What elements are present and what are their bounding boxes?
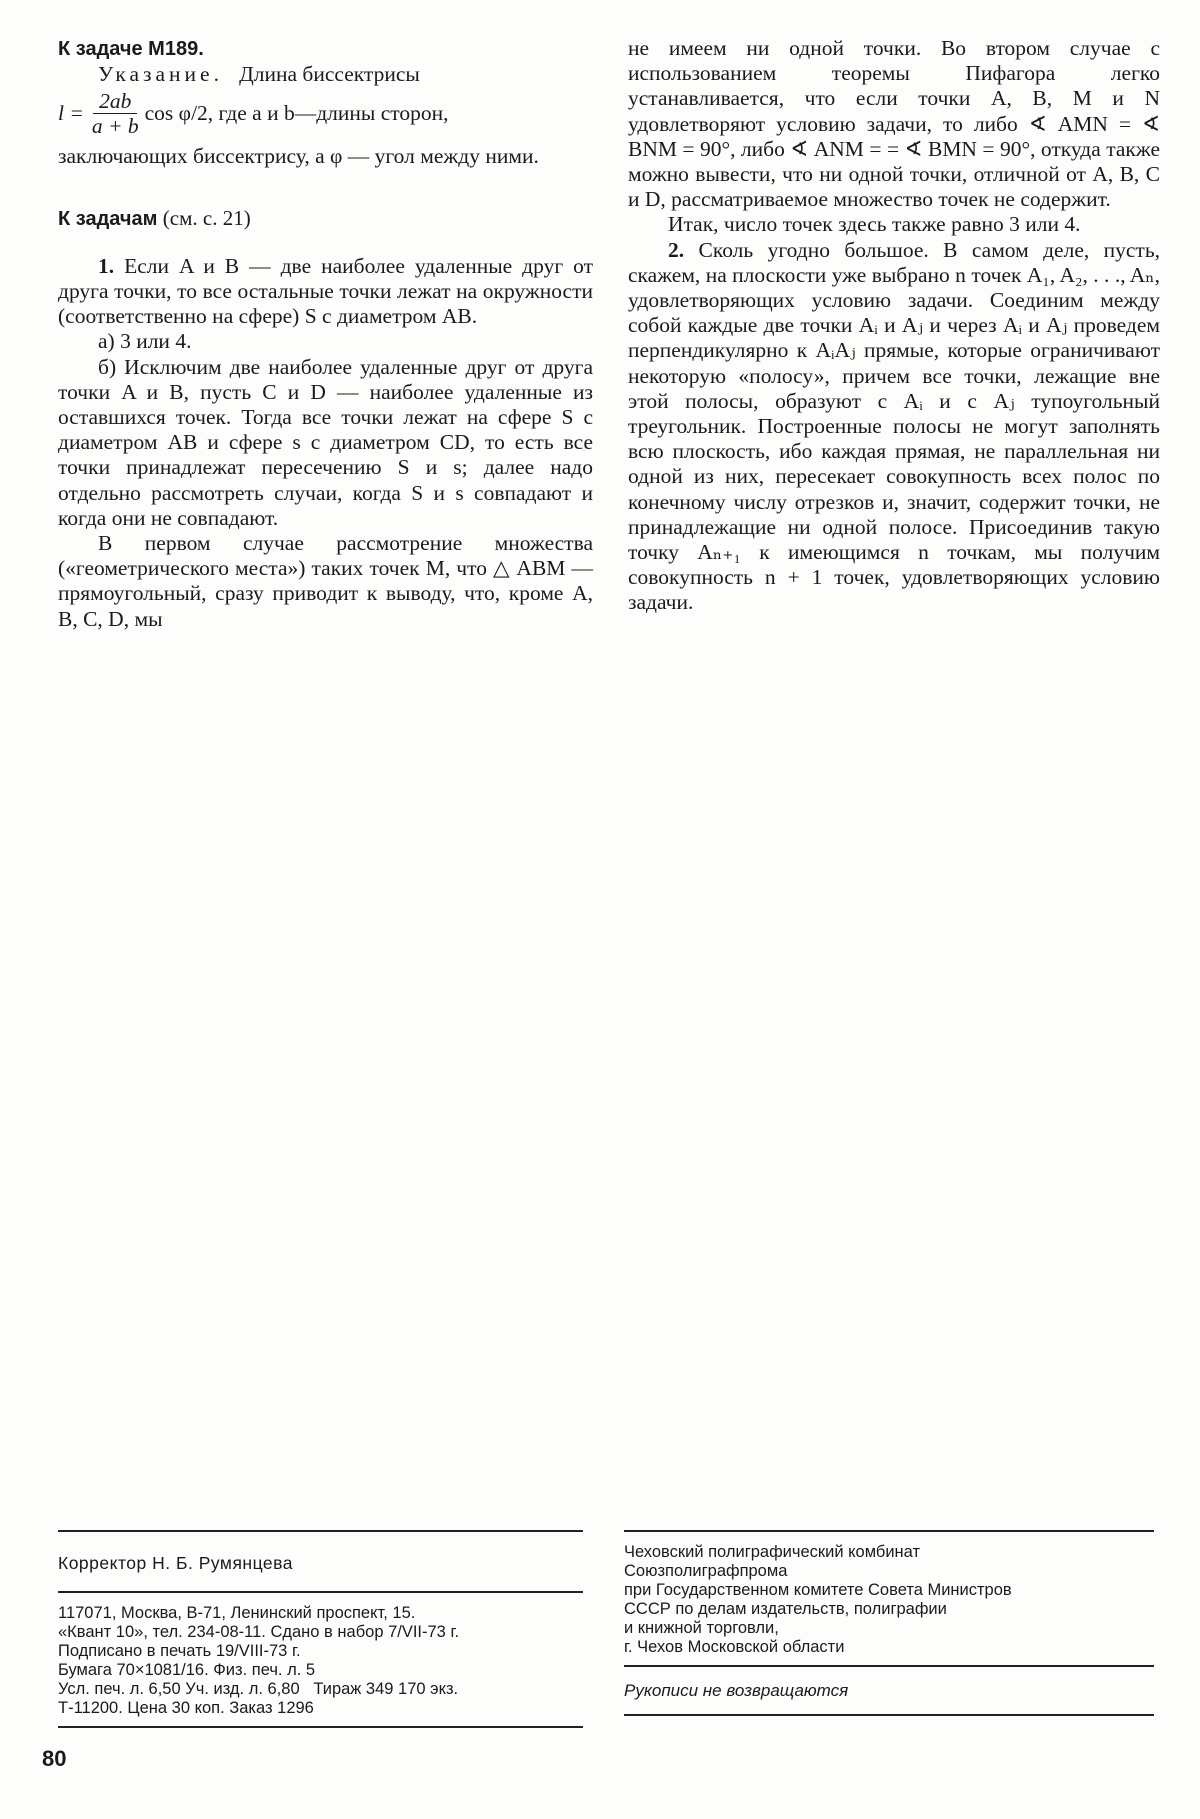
bisector-formula: l = 2ab a + b cos φ/2, где a и b—длины с… <box>58 89 593 138</box>
answer-1-first-case: В первом случае рассмотрение множества (… <box>58 531 593 632</box>
answer-1-text: Если A и B — две наиболее удаленные друг… <box>58 254 593 328</box>
imprint-line: Бумага 70×1081/16. Физ. печ. л. 5 <box>58 1661 583 1680</box>
formula-fraction: 2ab a + b <box>92 89 139 138</box>
answer-1: 1. Если A и B — две наиболее удаленные д… <box>58 254 593 330</box>
left-column: К задаче М189. Указание. Длина биссектри… <box>58 36 593 632</box>
imprint-line: Усл. печ. л. 6,50 Уч. изд. л. 6,80 Тираж… <box>58 1680 583 1699</box>
right-column: не имеем ни одной точки. Во втором случа… <box>628 36 1160 616</box>
formula-numerator: 2ab <box>93 89 137 114</box>
heading-tasks: К задачам (см. с. 21) <box>58 206 593 232</box>
printer-block: Чеховский полиграфический комбинат Союзп… <box>624 1532 1154 1665</box>
divider <box>624 1714 1154 1716</box>
printer-line: г. Чехов Московской области <box>624 1638 1154 1657</box>
printer-line: СССР по делам издательств, полиграфии <box>624 1600 1154 1619</box>
formula-lhs: l = <box>58 101 84 126</box>
page-number: 80 <box>42 1746 66 1772</box>
formula-rest: cos φ/2, где a и b—длины сторон, <box>145 101 449 126</box>
summary-paragraph: Итак, число точек здесь также равно 3 ил… <box>628 212 1160 237</box>
footer-left: Корректор Н. Б. Румянцева 117071, Москва… <box>58 1530 583 1728</box>
footer-right: Чеховский полиграфический комбинат Союзп… <box>624 1530 1154 1716</box>
answer-2-text: Сколь угодно большое. В самом деле, пуст… <box>628 238 1160 615</box>
printer-line: Чеховский полиграфический комбинат <box>624 1543 1154 1562</box>
manuscripts-note: Рукописи не возвращаются <box>624 1667 1154 1714</box>
answer-1b: б) Исключим две наиболее удаленные друг … <box>58 355 593 531</box>
hint-continuation: заключающих биссектрису, а φ — угол межд… <box>58 144 593 169</box>
hint-text: Длина биссектрисы <box>239 62 420 86</box>
imprint-line: 117071, Москва, В-71, Ленинский проспект… <box>58 1604 583 1623</box>
answer-1a: а) 3 или 4. <box>58 329 593 354</box>
printer-line: Союзполиграфпрома <box>624 1562 1154 1581</box>
corrector-credit: Корректор Н. Б. Румянцева <box>58 1532 583 1591</box>
imprint-line: «Квант 10», тел. 234-08-11. Сдано в набо… <box>58 1623 583 1642</box>
answer-2: 2. Сколь угодно большое. В самом деле, п… <box>628 238 1160 616</box>
hint-paragraph: Указание. Длина биссектрисы <box>58 62 593 87</box>
printer-line: при Государственном комитете Совета Мини… <box>624 1581 1154 1600</box>
imprint-block: 117071, Москва, В-71, Ленинский проспект… <box>58 1593 583 1726</box>
answer-1-number: 1. <box>98 254 114 278</box>
printer-line: и книжной торговли, <box>624 1619 1154 1638</box>
divider <box>58 1726 583 1728</box>
imprint-line: Т-11200. Цена 30 коп. Заказ 1296 <box>58 1699 583 1718</box>
heading-m189: К задаче М189. <box>58 36 593 62</box>
answer-2-number: 2. <box>668 238 684 262</box>
second-case-paragraph: не имеем ни одной точки. Во втором случа… <box>628 36 1160 212</box>
heading-tasks-ref: (см. с. 21) <box>163 206 251 230</box>
imprint-line: Подписано в печать 19/VIII-73 г. <box>58 1642 583 1661</box>
formula-denominator: a + b <box>92 114 139 138</box>
hint-label: Указание. <box>98 62 223 86</box>
